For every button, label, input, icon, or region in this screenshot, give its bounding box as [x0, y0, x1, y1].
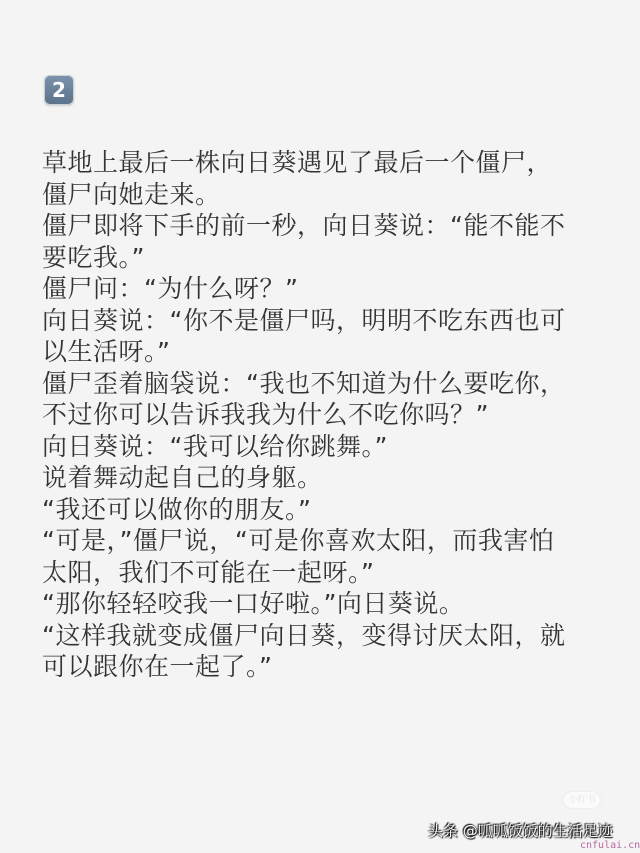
story-line: 僵尸歪着脑袋说：“我也不知道为什么要吃你，	[42, 368, 612, 400]
story-line: 草地上最后一株向日葵遇见了最后一个僵尸，	[42, 147, 612, 179]
story-line: “这样我就变成僵尸向日葵，变得讨厌太阳，就	[42, 620, 612, 652]
story-line: “我还可以做你的朋友。”	[42, 494, 612, 526]
story-text: 草地上最后一株向日葵遇见了最后一个僵尸， 僵尸向她走来。 僵尸即将下手的前一秒，…	[42, 147, 612, 683]
story-line: 僵尸即将下手的前一秒，向日葵说：“能不能不	[42, 210, 612, 242]
story-line: 僵尸向她走来。	[42, 179, 612, 211]
story-line: 以生活呀。”	[42, 336, 612, 368]
number-2-keycap-icon: 2	[44, 75, 74, 105]
story-line: 要吃我。”	[42, 242, 612, 274]
site-watermark: cnfulai.cn	[580, 840, 640, 851]
author-credit-watermark: 头条 @呱呱饭饭的生活足迹	[428, 820, 613, 841]
story-line: “可是，”僵尸说，“可是你喜欢太阳，而我害怕	[42, 525, 612, 557]
story-line: 不过你可以告诉我我为什么不吃你吗？”	[42, 399, 612, 431]
story-line: 僵尸问：“为什么呀？”	[42, 273, 612, 305]
story-line: 说着舞动起自己的身躯。	[42, 462, 612, 494]
story-line: 向日葵说：“我可以给你跳舞。”	[42, 431, 612, 463]
story-line: 太阳，我们不可能在一起呀。”	[42, 557, 612, 589]
story-line: 向日葵说：“你不是僵尸吗，明明不吃东西也可	[42, 305, 612, 337]
story-line: “那你轻轻咬我一口好啦。”向日葵说。	[42, 588, 612, 620]
app-watermark-badge: 小红书	[564, 792, 600, 808]
story-line: 可以跟你在一起了。”	[42, 651, 612, 683]
